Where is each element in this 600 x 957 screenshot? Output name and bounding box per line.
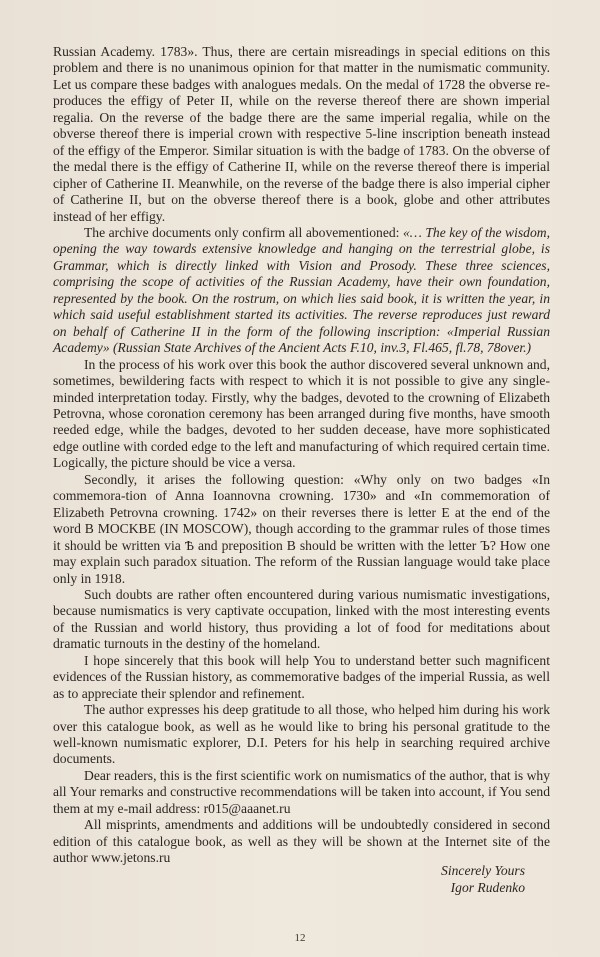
paragraph-text: All misprints, amendments and additions … <box>53 817 550 865</box>
paragraph-1: Russian Academy. 1783». Thus, there are … <box>53 44 550 225</box>
paragraph-text: Dear readers, this is the first scientif… <box>53 768 550 816</box>
paragraph-2: The archive documents only confirm all a… <box>53 225 550 357</box>
signature: Sincerely Yours Igor Rudenko <box>441 862 525 896</box>
paragraph-7: The author expresses his deep gratitude … <box>53 702 550 768</box>
paragraph-text: Such doubts are rather often encountered… <box>53 587 550 651</box>
page-number: 12 <box>0 932 600 944</box>
paragraph-3: In the process of his work over this boo… <box>53 357 550 472</box>
paragraph-text: I hope sincerely that this book will hel… <box>53 653 550 701</box>
paragraph-8: Dear readers, this is the first scientif… <box>53 768 550 817</box>
paragraph-text: In the process of his work over this boo… <box>53 357 550 471</box>
paragraph-9: All misprints, amendments and additions … <box>53 817 550 866</box>
signature-closing: Sincerely Yours <box>441 862 525 879</box>
paragraph-text: The archive documents only confirm all a… <box>84 225 403 240</box>
signature-author: Igor Rudenko <box>441 879 525 896</box>
paragraph-6: I hope sincerely that this book will hel… <box>53 653 550 702</box>
paragraph-text: Secondly, it arises the following questi… <box>53 472 550 586</box>
paragraph-4: Secondly, it arises the following questi… <box>53 472 550 587</box>
paragraph-5: Such doubts are rather often encountered… <box>53 587 550 653</box>
paragraph-text: The author expresses his deep gratitude … <box>53 702 550 766</box>
paragraph-text: Russian Academy. 1783». Thus, there are … <box>53 44 550 224</box>
archive-quote: «… The key of the wisdom, opening the wa… <box>53 225 550 355</box>
page-body: Russian Academy. 1783». Thus, there are … <box>53 44 550 867</box>
